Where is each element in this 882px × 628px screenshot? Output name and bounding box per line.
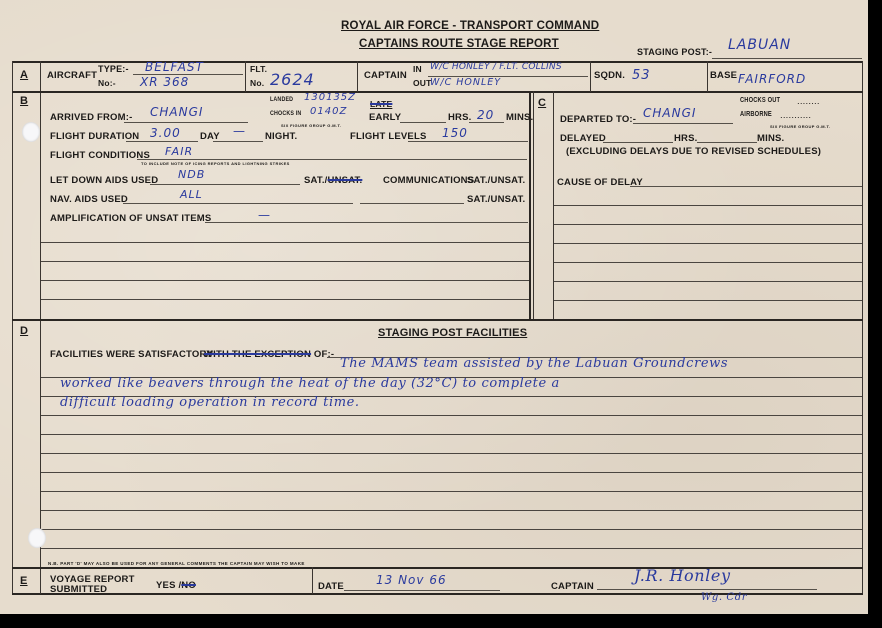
communications-label: COMMUNICATIONS	[383, 175, 474, 186]
early-label[interactable]: EARLY	[369, 112, 401, 123]
six-figure-note-b: SIX FIGURE GROUP G.M.T.	[281, 123, 341, 128]
captain-rank[interactable]: Wg. Cdr	[701, 592, 747, 603]
chocks-in-value[interactable]: 0140Z	[310, 106, 347, 117]
landed-value[interactable]: 130135Z	[304, 92, 356, 103]
departed-to-label: DEPARTED TO:-	[560, 114, 636, 125]
night-value[interactable]: —	[233, 124, 246, 138]
aircraft-label: AIRCRAFT	[47, 70, 97, 81]
chocks-in-label: CHOCKS IN	[270, 110, 301, 117]
base-label: BASE	[710, 70, 737, 81]
comment-line-1[interactable]: The MAMS team assisted by the Labuan Gro…	[340, 356, 728, 371]
flight-conditions-value[interactable]: FAIR	[165, 145, 193, 158]
captain-signature-label: CAPTAIN	[551, 581, 594, 592]
captain-out-value[interactable]: W/C HONLEY	[430, 77, 501, 88]
chocks-out-dots[interactable]: ........	[797, 96, 820, 107]
staging-post-label: STAGING POST:-	[637, 47, 712, 57]
exception-label[interactable]: WITH THE EXCEPTION OF:-	[204, 349, 334, 360]
nav-aids-label: NAV. AIDS USED	[50, 194, 128, 205]
aircraft-type-value[interactable]: BELFAST	[145, 60, 204, 74]
hrs-label: HRS.	[448, 112, 472, 123]
icing-note: TO INCLUDE NOTE OF ICING REPORTS AND LIG…	[141, 161, 290, 166]
captain-label: CAPTAIN	[364, 70, 407, 81]
date-label: DATE	[318, 581, 344, 592]
section-c-letter: C	[538, 97, 546, 109]
section-e-letter: E	[20, 575, 28, 587]
binder-hole-top	[22, 122, 40, 142]
flt-label: FLT.	[250, 64, 267, 74]
delayed-hrs-label: HRS.	[674, 133, 698, 144]
amplification-label: AMPLIFICATION OF UNSAT ITEMS	[50, 213, 211, 224]
section-b-letter: B	[20, 95, 28, 107]
type-label: TYPE:-	[98, 64, 129, 74]
chocks-out-label: CHOCKS OUT	[740, 97, 780, 104]
let-down-aids-value[interactable]: NDB	[178, 168, 205, 181]
section-a-letter: A	[20, 69, 28, 81]
report-form: ROYAL AIR FORCE - TRANSPORT COMMAND CAPT…	[0, 0, 868, 614]
binder-hole-bottom	[28, 528, 46, 548]
late-label[interactable]: LATE	[370, 99, 392, 109]
amplification-value[interactable]: —	[258, 208, 271, 222]
flt-no-value[interactable]: 2624	[270, 70, 315, 89]
captain-in-value[interactable]: W/C HONLEY / F.LT. COLLINS	[430, 62, 562, 72]
voyage-yes-no[interactable]: YES /NO	[156, 580, 196, 591]
excluding-note: (EXCLUDING DELAYS DUE TO REVISED SCHEDUL…	[566, 146, 821, 157]
nb-note: N.B. PART 'D' MAY ALSO BE USED FOR ANY G…	[48, 561, 305, 566]
airborne-dots[interactable]: ...........	[780, 110, 811, 121]
submitted-label: SUBMITTED	[50, 584, 107, 595]
nav-aids-sat-unsat[interactable]: SAT./UNSAT.	[467, 194, 525, 205]
let-down-sat-unsat[interactable]: SAT./UNSAT.	[304, 175, 362, 186]
facilities-satisfactory-label: FACILITIES WERE SATISFACTORY	[50, 349, 213, 360]
date-value[interactable]: 13 Nov 66	[376, 573, 447, 587]
comment-line-2[interactable]: worked like beavers through the heat of …	[60, 376, 560, 391]
base-value[interactable]: FAIRFORD	[738, 72, 806, 86]
section-d-letter: D	[20, 325, 28, 337]
staging-post-facilities-title: STAGING POST FACILITIES	[378, 327, 527, 339]
captain-signature[interactable]: J.R. Honley	[634, 566, 731, 585]
departed-to-value[interactable]: CHANGI	[643, 106, 696, 120]
night-label: NIGHT.	[265, 131, 297, 142]
delayed-label: DELAYED	[560, 133, 606, 144]
flt-no-label: No.	[250, 78, 264, 88]
captain-out-label: OUT	[413, 78, 432, 88]
comment-line-3[interactable]: difficult loading operation in record ti…	[60, 395, 360, 410]
flight-duration-value[interactable]: 3.00	[150, 126, 181, 140]
six-figure-note-c: SIX FIGURE GROUP G.M.T.	[770, 124, 830, 129]
let-down-aids-label: LET DOWN AIDS USED	[50, 175, 158, 186]
aircraft-no-value[interactable]: XR 368	[140, 75, 189, 89]
sqdn-value[interactable]: 53	[632, 68, 651, 83]
late-early-mins-value[interactable]: 20	[477, 108, 494, 122]
form-title: ROYAL AIR FORCE - TRANSPORT COMMAND	[341, 20, 599, 32]
delayed-mins-label: MINS.	[757, 133, 784, 144]
sqdn-label: SQDN.	[594, 70, 625, 81]
staging-post-value[interactable]: LABUAN	[728, 37, 791, 53]
captain-in-label: IN	[413, 64, 422, 74]
form-subtitle: CAPTAINS ROUTE STAGE REPORT	[359, 38, 559, 50]
flight-conditions-label: FLIGHT CONDITIONS	[50, 150, 150, 161]
arrived-from-value[interactable]: CHANGI	[150, 105, 203, 119]
arrived-from-label: ARRIVED FROM:-	[50, 112, 133, 123]
landed-label: LANDED	[270, 96, 293, 103]
nav-aids-value[interactable]: ALL	[180, 188, 203, 201]
mins-label: MINS.	[506, 112, 533, 123]
no-label: No:-	[98, 78, 116, 88]
communications-sat-unsat[interactable]: SAT./UNSAT.	[467, 175, 525, 186]
airborne-label: AIRBORNE	[740, 111, 772, 118]
flight-levels-value[interactable]: 150	[442, 126, 468, 140]
